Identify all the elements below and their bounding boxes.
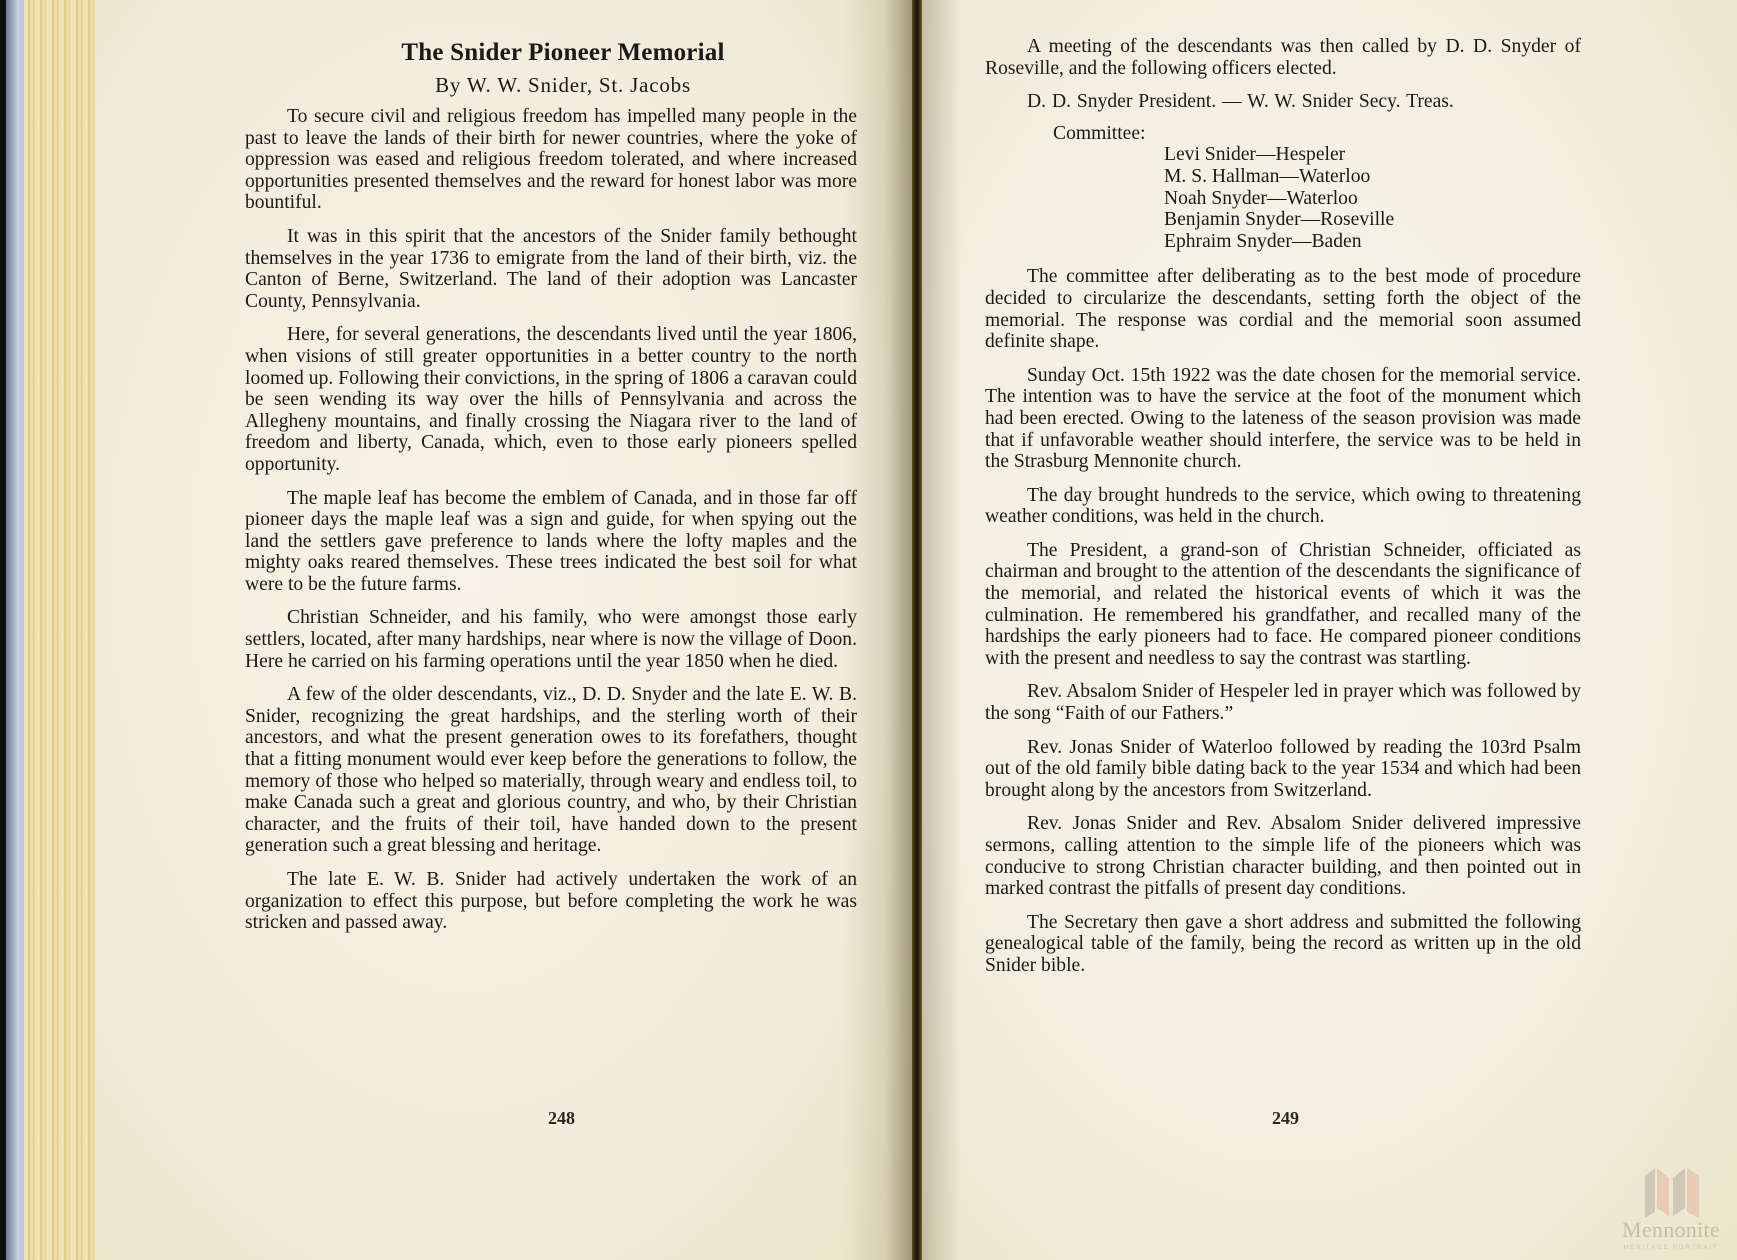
paragraph: The committee after deliberating as to t… [985,266,1581,352]
paragraph: Rev. Absalom Snider of Hespeler led in p… [985,681,1581,724]
book-gutter [912,0,922,1260]
mennonite-heritage-watermark: Mennonite HERITAGE PORTRAIT [1605,1162,1735,1260]
committee-label: Committee: [1053,123,1581,145]
book-page-edges [24,0,98,1260]
article-title: The Snider Pioneer Memorial [245,38,857,68]
paragraph: Christian Schneider, and his family, who… [245,607,857,672]
officers-line: D. D. Snyder President. — W. W. Snider S… [985,91,1581,113]
paragraph: Rev. Jonas Snider and Rev. Absalom Snide… [985,813,1581,899]
paragraph: Rev. Jonas Snider of Waterloo followed b… [985,737,1581,802]
paragraph: The late E. W. B. Snider had actively un… [245,869,857,934]
page-number-right: 249 [1272,1108,1299,1129]
paragraph: To secure civil and religious freedom ha… [245,106,857,214]
paragraph: Here, for several generations, the desce… [245,324,857,475]
left-page-text: The Snider Pioneer Memorial By W. W. Sni… [245,36,857,946]
article-byline: By W. W. Snider, St. Jacobs [245,72,857,98]
paragraph: A few of the older descendants, viz., D.… [245,684,857,857]
paragraph: The Secretary then gave a short address … [985,912,1581,977]
committee-member: Noah Snyder—Waterloo [1164,188,1581,210]
scanner-edge [6,0,26,1260]
paragraph: The President, a grand-son of Christian … [985,540,1581,670]
paragraph: Sunday Oct. 15th 1922 was the date chose… [985,365,1581,473]
watermark-name: Mennonite [1605,1217,1737,1243]
committee-member: Levi Snider—Hespeler [1164,144,1581,166]
right-page-text: A meeting of the descendants was then ca… [985,36,1581,989]
mennonite-logo-icon [1643,1162,1713,1218]
paragraph: It was in this spirit that the ancestors… [245,226,857,312]
committee-list: Levi Snider—Hespeler M. S. Hallman—Water… [1164,144,1581,252]
page-number-left: 248 [548,1108,575,1129]
committee-member: Ephraim Snyder—Baden [1164,231,1581,253]
committee-member: M. S. Hallman—Waterloo [1164,166,1581,188]
right-gutter-shadow [922,0,962,1260]
paragraph: The day brought hundreds to the service,… [985,485,1581,528]
paragraph: The maple leaf has become the emblem of … [245,488,857,596]
watermark-subtitle: HERITAGE PORTRAIT [1605,1244,1737,1251]
committee-member: Benjamin Snyder—Roseville [1164,209,1581,231]
paragraph-intro: A meeting of the descendants was then ca… [985,36,1581,79]
